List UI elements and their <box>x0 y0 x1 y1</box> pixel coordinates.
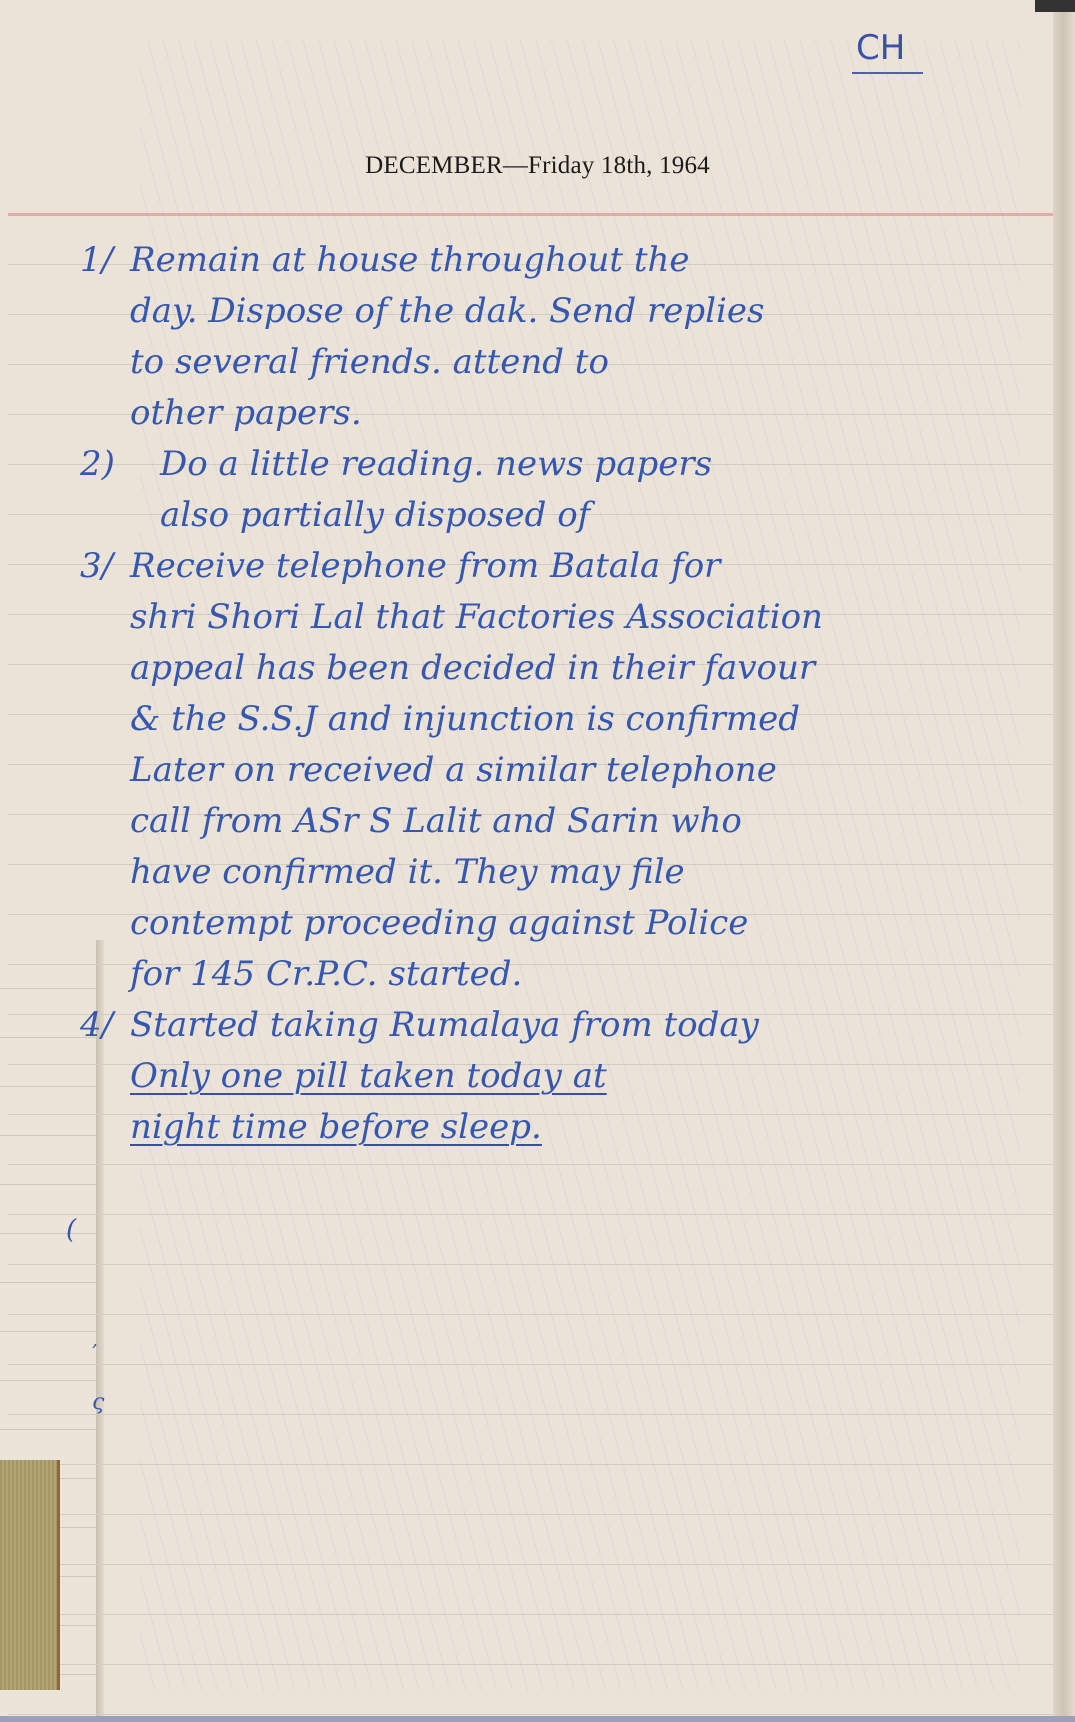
entry-line: for 145 Cr.P.C. started. <box>90 949 1050 1000</box>
entry-line: contempt proceeding against Police <box>90 898 1050 949</box>
entry-2: 2) Do a little reading. news papers also… <box>90 439 1050 541</box>
page-right-edge <box>1053 0 1075 1722</box>
entry-line: Remain at house throughout the <box>90 235 1050 286</box>
binding-tape <box>0 1460 60 1690</box>
entry-3: 3/ Receive telephone from Batala for shr… <box>90 541 1050 1000</box>
printed-date-header: DECEMBER—Friday 18th, 1964 <box>0 152 1075 180</box>
entry-line: appeal has been decided in their favour <box>90 643 1050 694</box>
entry-line: day. Dispose of the dak. Send replies <box>90 286 1050 337</box>
stray-ink-mark: ( <box>66 1215 76 1245</box>
entry-number: 1/ <box>80 235 120 286</box>
entry-line: & the S.S.J and injunction is confirmed <box>90 694 1050 745</box>
entry-4: 4/ Started taking Rumalaya from today On… <box>90 1000 1050 1153</box>
entry-line: Started taking Rumalaya from today <box>90 1000 1050 1051</box>
diary-entries: 1/ Remain at house throughout the day. D… <box>90 235 1050 1153</box>
entry-1: 1/ Remain at house throughout the day. D… <box>90 235 1050 439</box>
stray-ink-mark: ς <box>92 1390 104 1415</box>
entry-line: Later on received a similar telephone <box>90 745 1050 796</box>
entry-number: 4/ <box>80 1000 120 1051</box>
entry-number: 3/ <box>80 541 120 592</box>
entry-line: shri Shori Lal that Factories Associatio… <box>90 592 1050 643</box>
entry-line-underlined: night time before sleep. <box>90 1102 1050 1153</box>
entry-line: also partially disposed of <box>90 490 1050 541</box>
stray-ink-mark: , <box>92 1330 98 1351</box>
entry-line: call from ASr S Lalit and Sarin who <box>90 796 1050 847</box>
entry-number: 2) <box>80 439 120 490</box>
entry-line: other papers. <box>90 388 1050 439</box>
initials-mark: CH <box>852 28 923 74</box>
scan-bottom-edge <box>0 1716 1075 1722</box>
entry-line-underlined: Only one pill taken today at <box>90 1051 1050 1102</box>
entry-line: to several friends. attend to <box>90 337 1050 388</box>
entry-line: Do a little reading. news papers <box>90 439 1050 490</box>
entry-line: Receive telephone from Batala for <box>90 541 1050 592</box>
binding-corner <box>1035 0 1075 12</box>
entry-line: have confirmed it. They may file <box>90 847 1050 898</box>
